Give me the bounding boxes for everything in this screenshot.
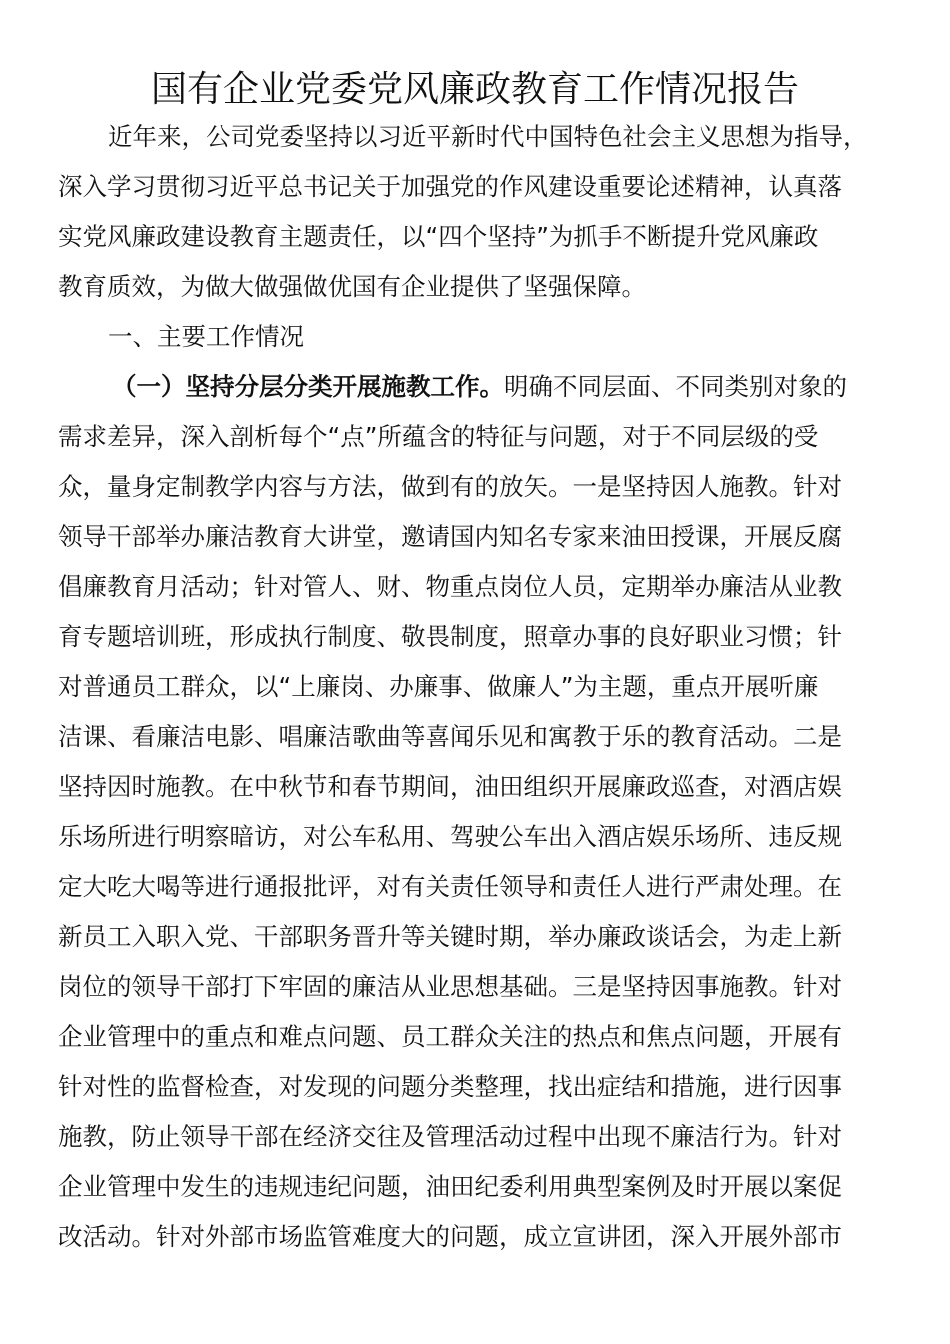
paragraph-line: 育专题培训班，形成执行制度、敬畏制度，照章办事的良好职业习惯；针 — [58, 621, 888, 653]
paragraph-line: 企业管理中的重点和难点问题、员工群众关注的热点和焦点问题，开展有 — [58, 1021, 888, 1053]
document-title: 国有企业党委党风廉政教育工作情况报告 — [0, 66, 950, 114]
paragraph-line: 近年来，公司党委坚持以习近平新时代中国特色社会主义思想为指导， — [108, 121, 938, 153]
paragraph-line: 坚持因时施教。在中秋节和春节期间，油田组织开展廉政巡查，对酒店娱 — [58, 771, 888, 803]
paragraph-line: 岗位的领导干部打下牢固的廉洁从业思想基础。三是坚持因事施教。针对 — [58, 971, 888, 1003]
paragraph-line: 定大吃大喝等进行通报批评，对有关责任领导和责任人进行严肃处理。在 — [58, 871, 888, 903]
paragraph-line: 对普通员工群众，以“上廉岗、办廉事、做廉人”为主题，重点开展听廉 — [58, 671, 888, 703]
paragraph-line: 领导干部举办廉洁教育大讲堂，邀请国内知名专家来油田授课，开展反腐 — [58, 521, 888, 553]
paragraph-line: 需求差异，深入剖析每个“点”所蕴含的特征与问题，对于不同层级的受 — [58, 421, 888, 453]
paragraph-line: 深入学习贯彻习近平总书记关于加强党的作风建设重要论述精神，认真落 — [58, 171, 888, 203]
paragraph-line: 洁课、看廉洁电影、唱廉洁歌曲等喜闻乐见和寓教于乐的教育活动。二是 — [58, 721, 888, 753]
paragraph-line: 实党风廉政建设教育主题责任，以“四个坚持”为抓手不断提升党风廉政 — [58, 221, 888, 253]
subsection-heading: （一）坚持分层分类开展施教工作。 — [112, 372, 504, 401]
paragraph-line: 众，量身定制教学内容与方法，做到有的放矢。一是坚持因人施教。针对 — [58, 471, 888, 503]
paragraph-line: 施教，防止领导干部在经济交往及管理活动过程中出现不廉洁行为。针对 — [58, 1121, 888, 1153]
section-heading: 一、主要工作情况 — [108, 321, 938, 353]
document-page: 国有企业党委党风廉政教育工作情况报告 近年来，公司党委坚持以习近平新时代中国特色… — [0, 0, 950, 1344]
paragraph-line: 教育质效，为做大做强做优国有企业提供了坚强保障。 — [58, 271, 888, 303]
subsection-text: 明确不同层面、不同类别对象的 — [504, 372, 847, 401]
paragraph-line: 改活动。针对外部市场监管难度大的问题，成立宣讲团，深入开展外部市 — [58, 1221, 888, 1253]
paragraph-line: 新员工入职入党、干部职务晋升等关键时期，举办廉政谈话会，为走上新 — [58, 921, 888, 953]
paragraph-line: 乐场所进行明察暗访，对公车私用、驾驶公车出入酒店娱乐场所、违反规 — [58, 821, 888, 853]
paragraph-line: 企业管理中发生的违规违纪问题，油田纪委利用典型案例及时开展以案促 — [58, 1171, 888, 1203]
paragraph-line: 倡廉教育月活动；针对管人、财、物重点岗位人员，定期举办廉洁从业教 — [58, 571, 888, 603]
subsection-line: （一）坚持分层分类开展施教工作。明确不同层面、不同类别对象的 — [112, 371, 942, 403]
paragraph-line: 针对性的监督检查，对发现的问题分类整理，找出症结和措施，进行因事 — [58, 1071, 888, 1103]
